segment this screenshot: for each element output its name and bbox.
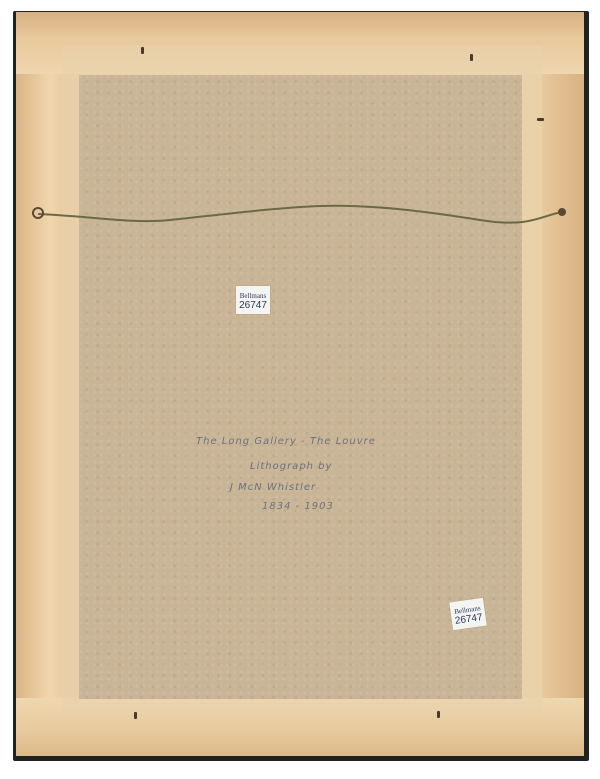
label-brand: Bellmans — [236, 292, 270, 300]
nail-icon — [141, 47, 144, 54]
hanging-wire — [30, 198, 570, 228]
auction-label: Bellmans 26747 — [236, 286, 270, 314]
inscription-artist: J McN Whistler — [230, 482, 316, 493]
nail-icon — [437, 711, 440, 718]
nail-icon — [537, 118, 544, 121]
auction-label: Bellmans 26747 — [449, 598, 487, 630]
inscription-medium: Lithograph by — [250, 461, 332, 472]
nail-icon — [134, 712, 137, 719]
inscription-dates: 1834 - 1903 — [262, 501, 334, 512]
label-number: 26747 — [236, 300, 270, 311]
nail-icon — [470, 54, 473, 61]
inscription-title: The Long Gallery - The Louvre — [196, 436, 376, 447]
